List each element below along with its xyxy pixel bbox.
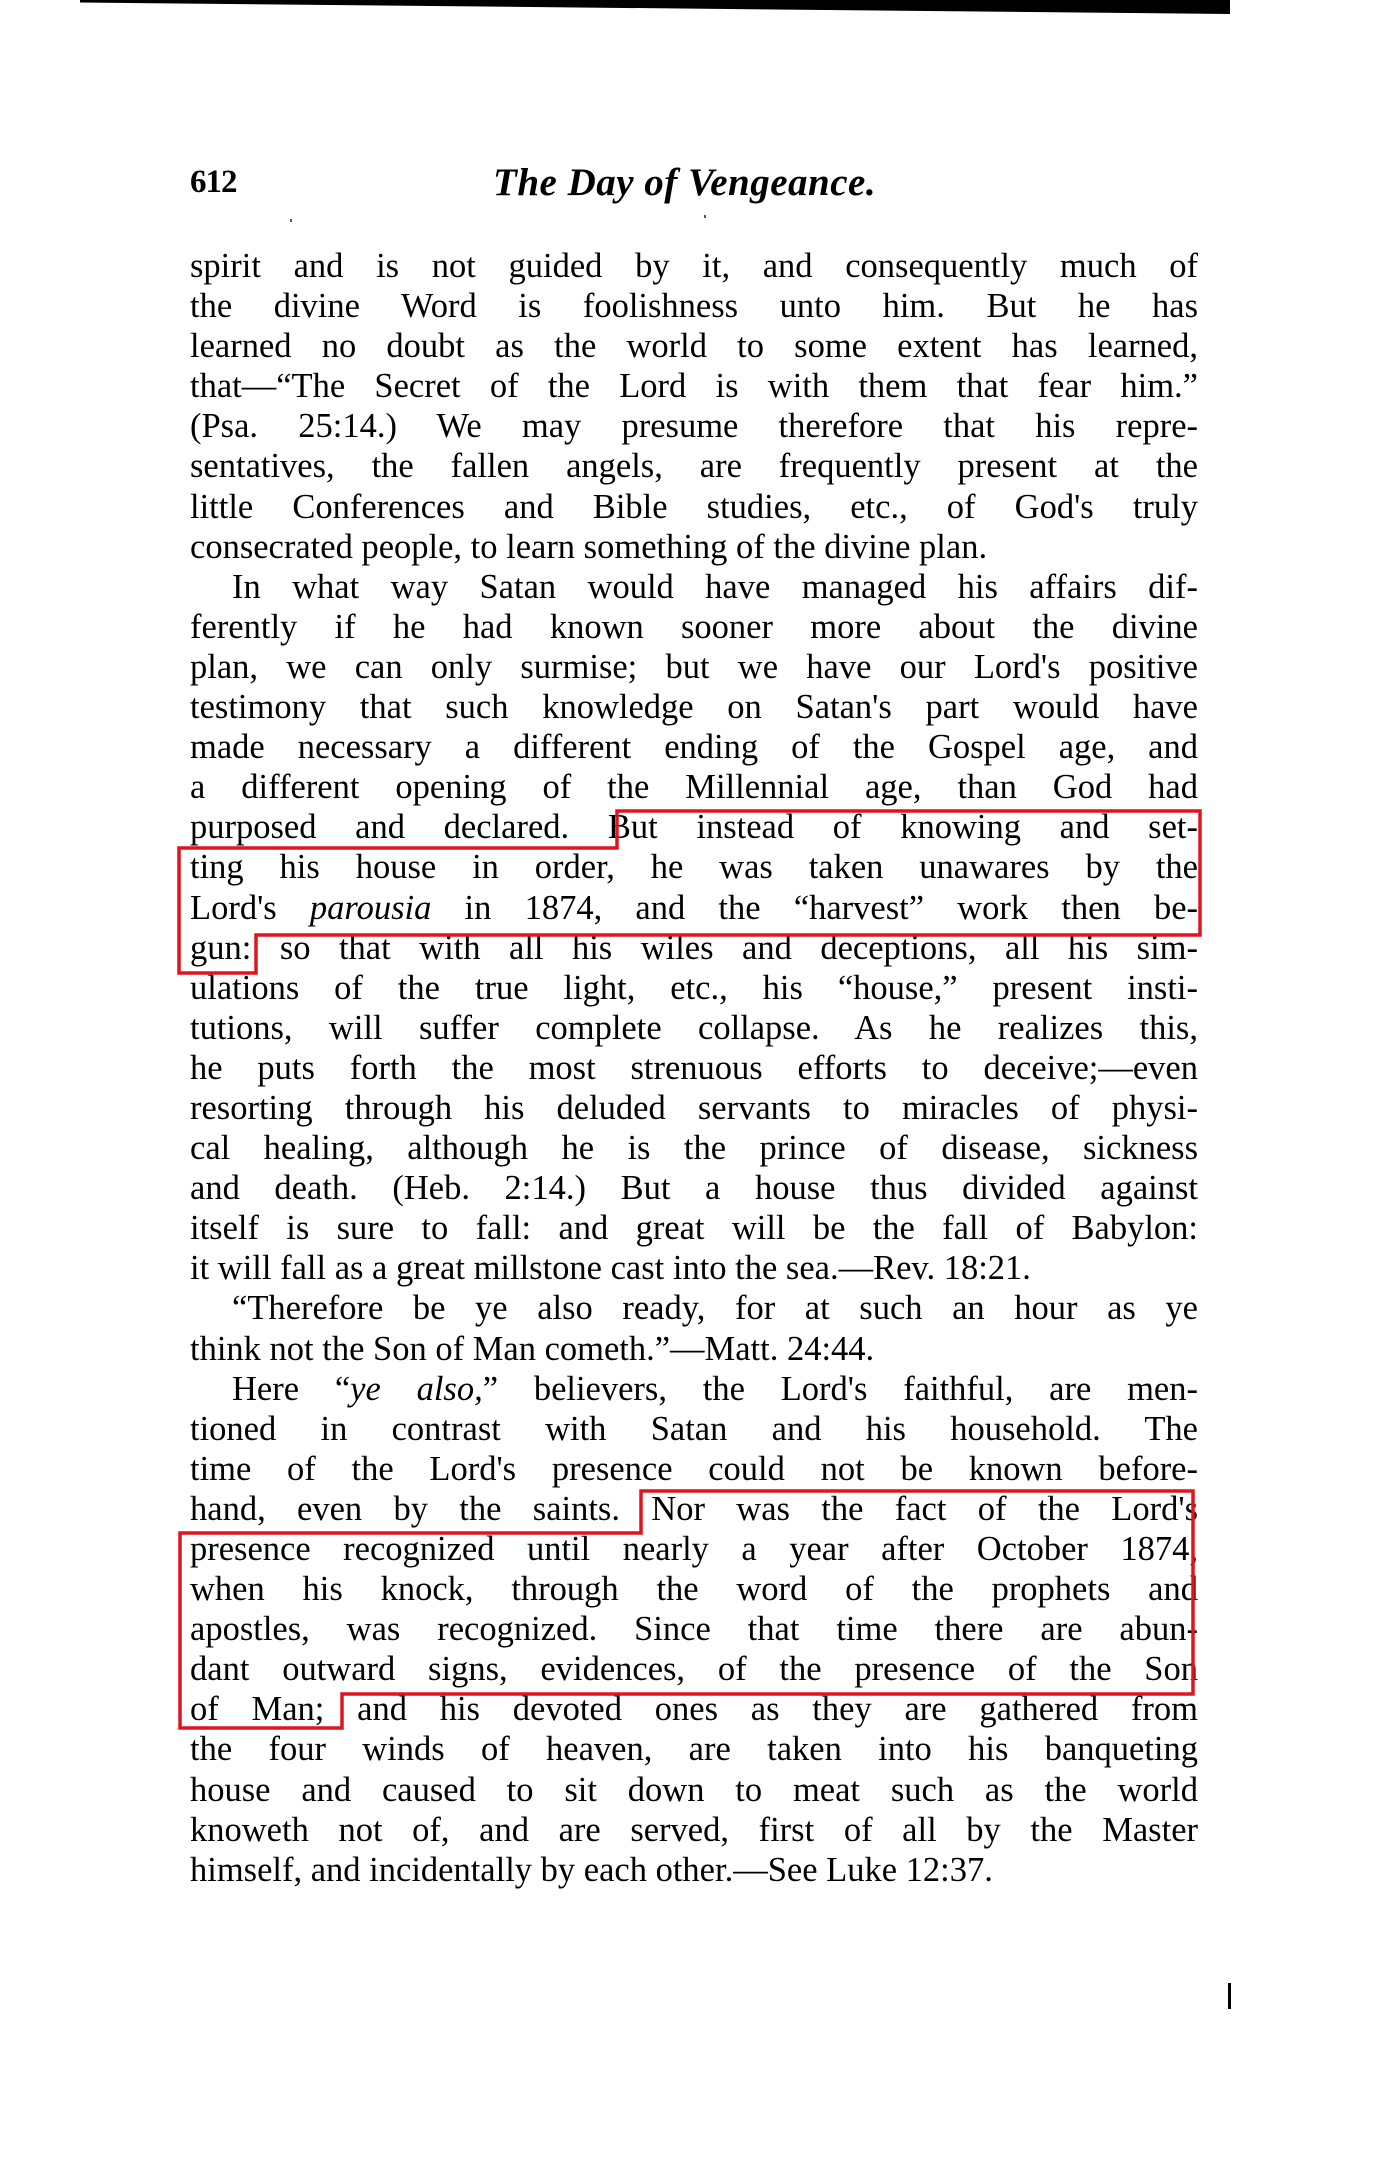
- text-line: hand, even by the saints. Nor was the fa…: [190, 1489, 1198, 1529]
- text-line: gun: so that with all his wiles and dece…: [190, 928, 1198, 968]
- text-line: learned no doubt as the world to some ex…: [190, 326, 1198, 366]
- text-line: tutions, will suffer complete collapse. …: [190, 1008, 1198, 1048]
- scan-edge-mark: [1228, 1983, 1231, 2009]
- text-line: cal healing, although he is the prince o…: [190, 1128, 1198, 1168]
- text-line: dant outward signs, evidences, of the pr…: [190, 1649, 1198, 1689]
- text-line: a different opening of the Millennial ag…: [190, 767, 1198, 807]
- text-line: think not the Son of Man cometh.”—Matt. …: [190, 1329, 1198, 1369]
- text-line: presence recognized until nearly a year …: [190, 1529, 1198, 1569]
- text-line: and death. (Heb. 2:14.) But a house thus…: [190, 1168, 1198, 1208]
- text-segment: Lord's: [190, 889, 310, 927]
- text-line: himself, and incidentally by each other.…: [190, 1850, 1198, 1890]
- italic-term: ye also,: [350, 1370, 483, 1408]
- text-segment: ” believers, the Lord's faithful, are me…: [483, 1370, 1198, 1408]
- scan-top-edge-bar: [80, 0, 1230, 14]
- text-line: of Man; and his devoted ones as they are…: [190, 1689, 1198, 1729]
- text-line: apostles, was recognized. Since that tim…: [190, 1609, 1198, 1649]
- scan-speck: [290, 219, 292, 222]
- text-line: (Psa. 25:14.) We may presume therefore t…: [190, 406, 1198, 446]
- text-line: purposed and declared. But instead of kn…: [190, 807, 1198, 847]
- text-line: tioned in contrast with Satan and his ho…: [190, 1409, 1198, 1449]
- text-line: little Conferences and Bible studies, et…: [190, 487, 1198, 527]
- italic-term: parousia: [310, 889, 431, 927]
- text-line-paragraph-start: Here “ye also,” believers, the Lord's fa…: [190, 1369, 1198, 1409]
- text-line: resorting through his deluded servants t…: [190, 1088, 1198, 1128]
- text-line: consecrated people, to learn something o…: [190, 527, 1198, 567]
- text-line: it will fall as a great millstone cast i…: [190, 1248, 1198, 1288]
- running-title: The Day of Vengeance.: [493, 160, 876, 205]
- text-segment: in 1874, and the “harvest” work then be-: [431, 889, 1198, 927]
- text-line: plan, we can only surmise; but we have o…: [190, 647, 1198, 687]
- text-line: the four winds of heaven, are taken into…: [190, 1729, 1198, 1769]
- text-line: spirit and is not guided by it, and cons…: [190, 246, 1198, 286]
- text-line: house and caused to sit down to meat suc…: [190, 1770, 1198, 1810]
- text-line: that—“The Secret of the Lord is with the…: [190, 366, 1198, 406]
- text-line: ulations of the true light, etc., his “h…: [190, 968, 1198, 1008]
- page-number: 612: [190, 164, 237, 201]
- text-line: ting his house in order, he was taken un…: [190, 847, 1198, 887]
- text-line: Lord's parousia in 1874, and the “harves…: [190, 888, 1198, 928]
- text-line: knoweth not of, and are served, first of…: [190, 1810, 1198, 1850]
- page-body: spirit and is not guided by it, and cons…: [190, 246, 1198, 1890]
- text-line-paragraph-start: In what way Satan would have managed his…: [190, 567, 1198, 607]
- text-line: when his knock, through the word of the …: [190, 1569, 1198, 1609]
- text-line: he puts forth the most strenuous efforts…: [190, 1048, 1198, 1088]
- text-line: made necessary a different ending of the…: [190, 727, 1198, 767]
- text-segment: Here “: [232, 1370, 350, 1408]
- scan-speck: [704, 215, 706, 218]
- running-head: 612 The Day of Vengeance.: [0, 160, 1384, 210]
- text-line: the divine Word is foolishness unto him.…: [190, 286, 1198, 326]
- text-line-paragraph-start: “Therefore be ye also ready, for at such…: [190, 1288, 1198, 1328]
- text-line: ferently if he had known sooner more abo…: [190, 607, 1198, 647]
- text-line: testimony that such knowledge on Satan's…: [190, 687, 1198, 727]
- text-line: time of the Lord's presence could not be…: [190, 1449, 1198, 1489]
- text-line: sentatives, the fallen angels, are frequ…: [190, 446, 1198, 486]
- text-line: itself is sure to fall: and great will b…: [190, 1208, 1198, 1248]
